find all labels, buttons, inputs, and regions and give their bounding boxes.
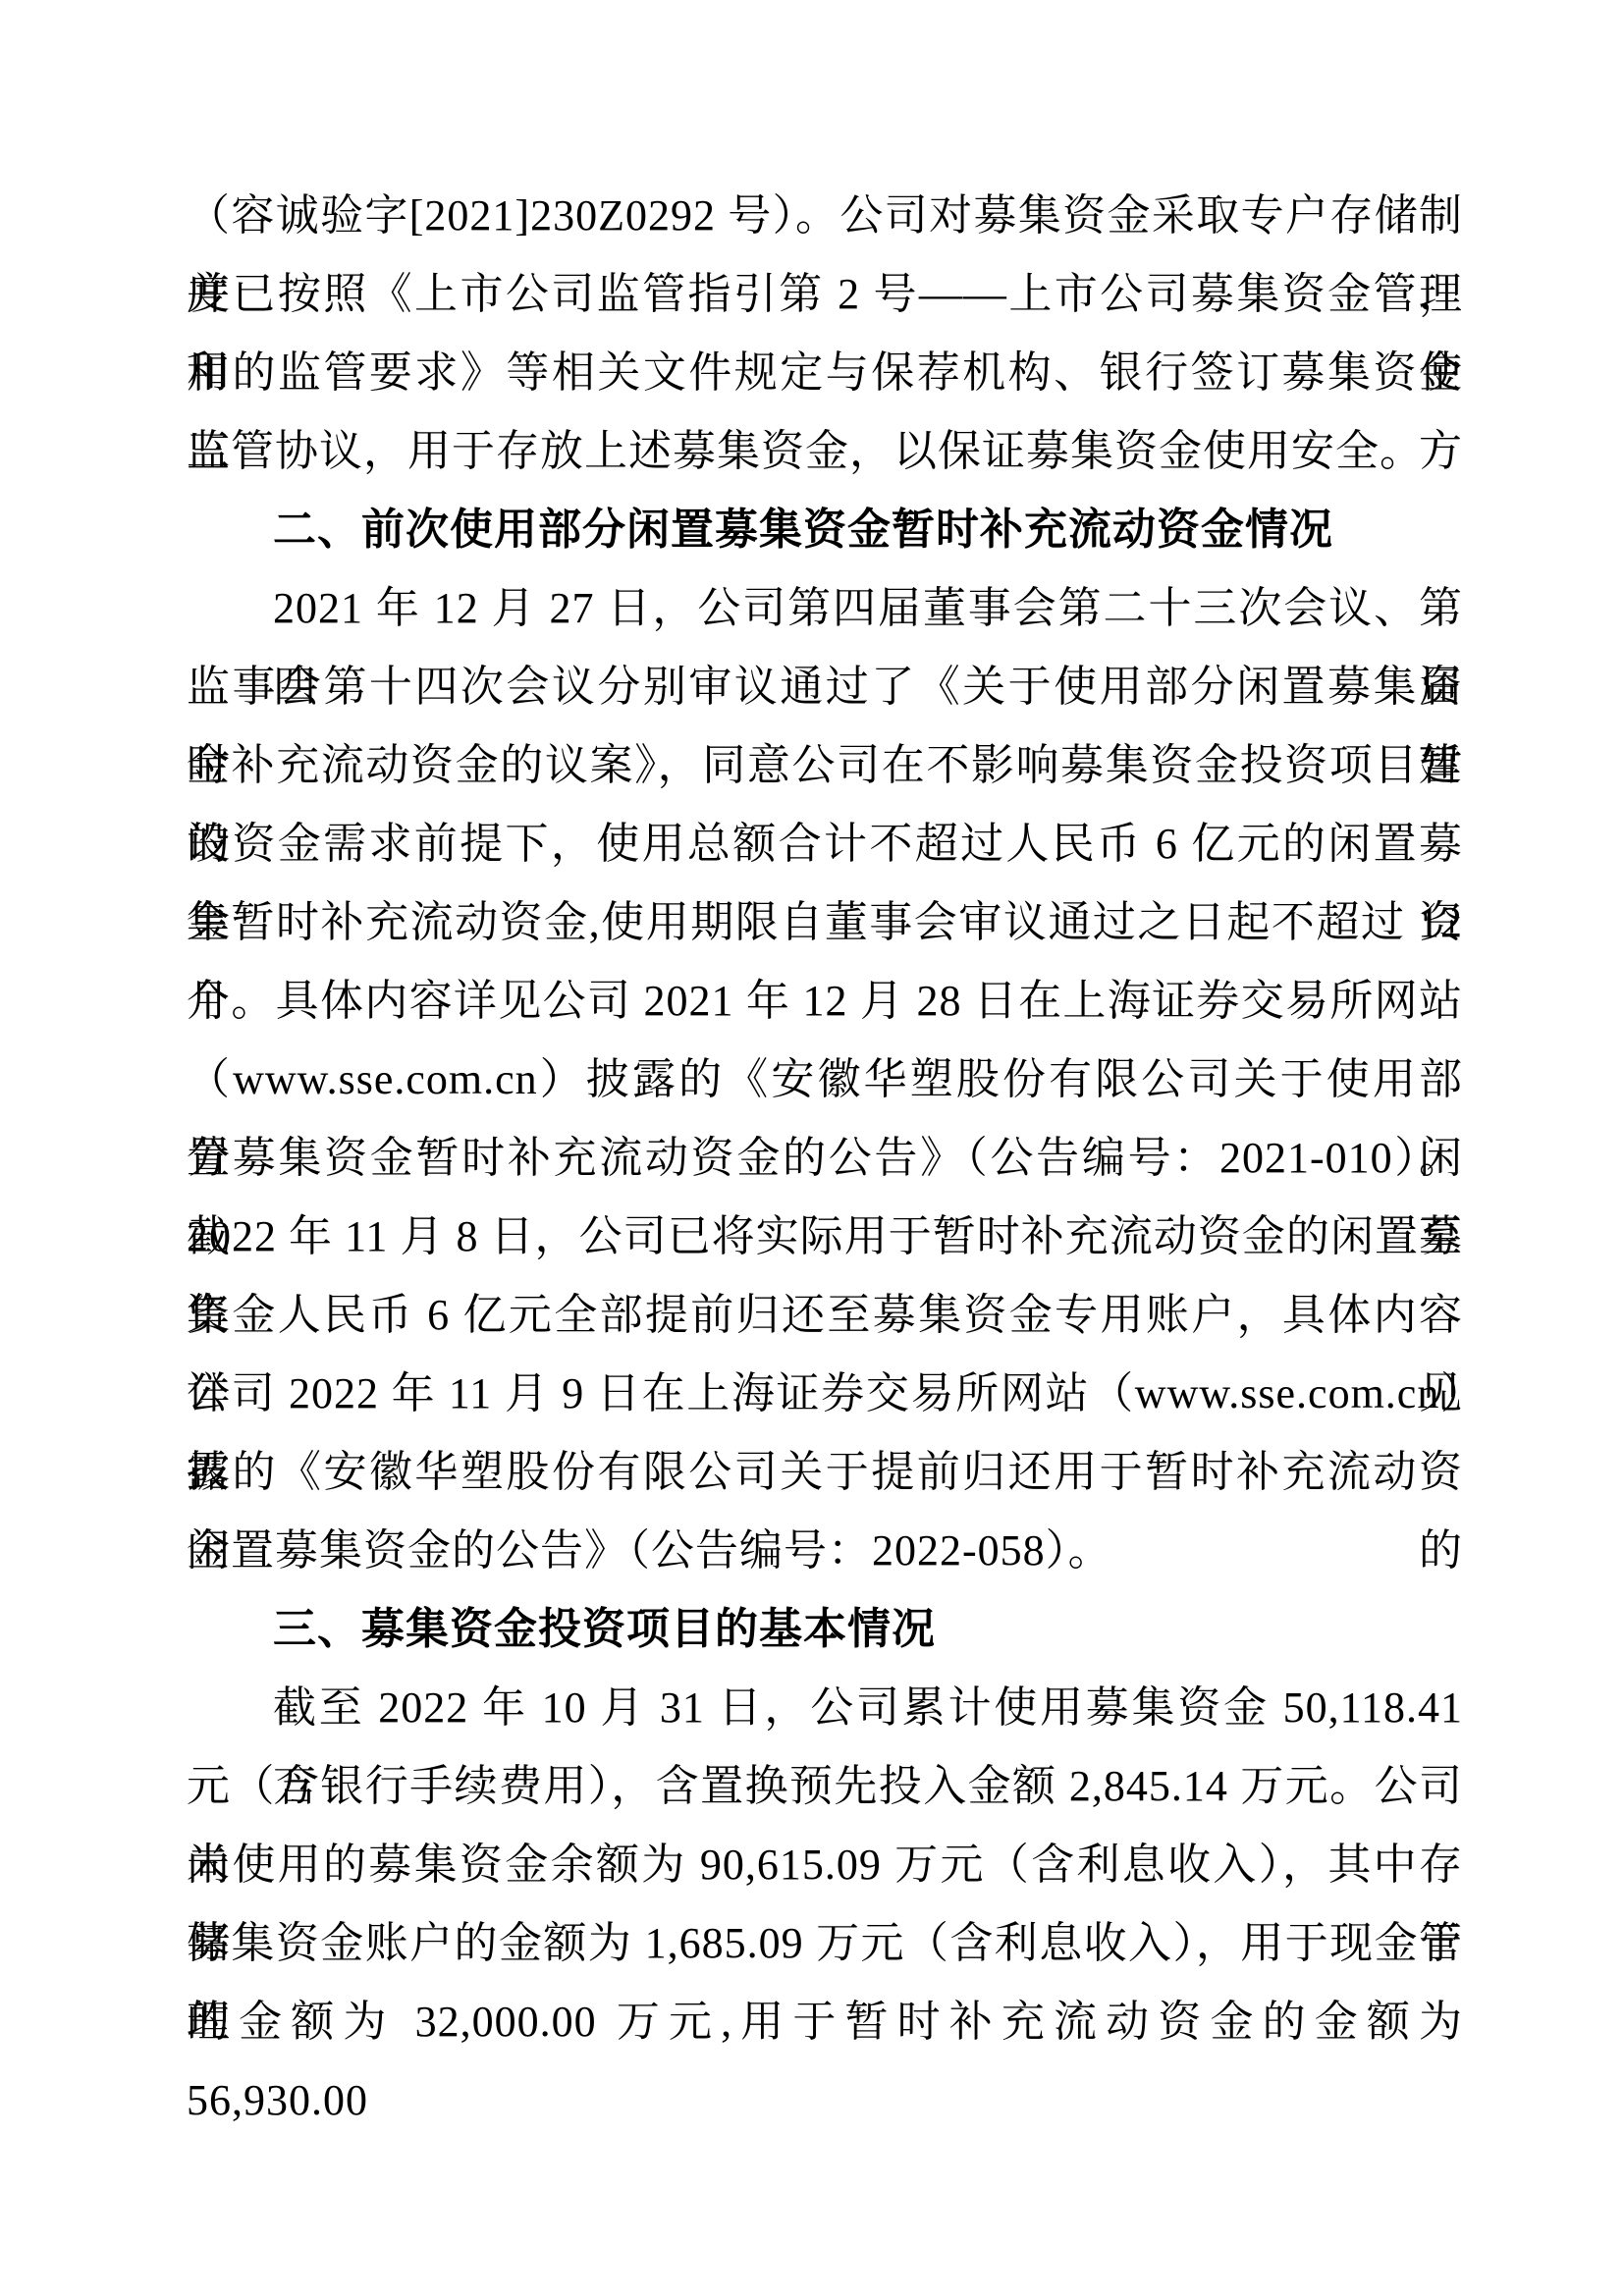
text-line-6: 2021 年 12 月 27 日，公司第四届董事会第二十三次会议、第四届 [187, 569, 1463, 648]
text-line-3: 用的监管要求》等相关文件规定与保荐机构、银行签订募集资金三方 [187, 334, 1463, 412]
text-line-13: 置募集资金暂时补充流动资金的公告》（公告编号：2021-010）。截至 [187, 1119, 1463, 1198]
text-line-10: 金暂时补充流动资金,使用期限自董事会审议通过之日起不超过 12 个 [187, 883, 1463, 962]
text-line-15: 资金人民币 6 亿元全部提前归还至募集资金专用账户，具体内容详见 [187, 1276, 1463, 1355]
text-line-22: 未使用的募集资金余额为 90,615.09 万元（含利息收入），其中存储于 [187, 1826, 1463, 1904]
text-line-17: 露的《安徽华塑股份有限公司关于提前归还用于暂时补充流动资金的 [187, 1433, 1463, 1512]
text-line-8: 时补充流动资金的议案》，同意公司在不影响募集资金投资项目建设 [187, 726, 1463, 805]
text-line-23: 募集资金账户的金额为 1,685.09 万元（含利息收入），用于现金管理 [187, 1904, 1463, 1983]
text-line-1: （容诚验字[2021]230Z0292 号）。公司对募集资金采取专户存储制度， [187, 177, 1463, 255]
document-text-block: （容诚验字[2021]230Z0292 号）。公司对募集资金采取专户存储制度， … [187, 177, 1463, 2061]
text-line-21: 元（含银行手续费用），含置换预先投入金额 2,845.14 万元。公司尚 [187, 1747, 1463, 1826]
section-heading-2: 二、前次使用部分闲置募集资金暂时补充流动资金情况 [187, 491, 1463, 569]
text-line-4: 监管协议，用于存放上述募集资金，以保证募集资金使用安全。 [187, 412, 1463, 491]
text-line-7: 监事会第十四次会议分别审议通过了《关于使用部分闲置募集资金暂 [187, 648, 1463, 726]
text-line-2: 并已按照《上市公司监管指引第 2 号——上市公司募集资金管理和使 [187, 255, 1463, 334]
text-line-12: （www.sse.com.cn）披露的《安徽华塑股份有限公司关于使用部分闲 [187, 1041, 1463, 1119]
text-line-11: 月。具体内容详见公司 2021 年 12 月 28 日在上海证券交易所网站 [187, 962, 1463, 1041]
document-page: （容诚验字[2021]230Z0292 号）。公司对募集资金采取专户存储制度， … [0, 0, 1624, 2296]
text-line-20: 截至 2022 年 10 月 31 日，公司累计使用募集资金 50,118.41… [187, 1669, 1463, 1747]
text-line-9: 的资金需求前提下，使用总额合计不超过人民币 6 亿元的闲置募集资 [187, 805, 1463, 883]
text-line-16: 公司 2022 年 11 月 9 日在上海证券交易所网站（www.sse.com… [187, 1355, 1463, 1433]
text-line-24: 的金额为 32,000.00 万元,用于暂时补充流动资金的金额为 56,930.… [187, 1983, 1463, 2061]
section-heading-3: 三、募集资金投资项目的基本情况 [187, 1590, 1463, 1669]
text-line-14: 2022 年 11 月 8 日，公司已将实际用于暂时补充流动资金的闲置募集 [187, 1198, 1463, 1276]
